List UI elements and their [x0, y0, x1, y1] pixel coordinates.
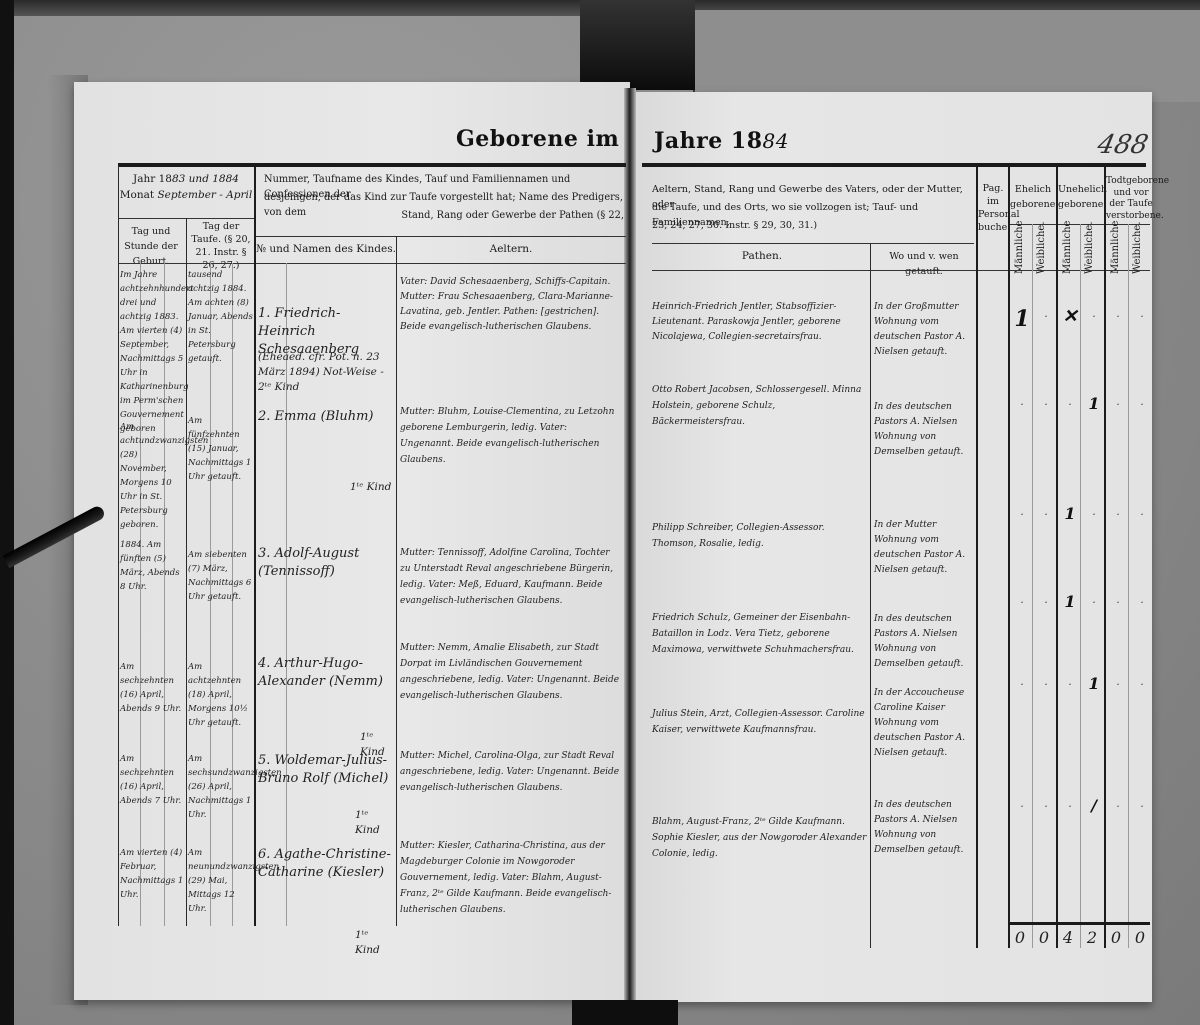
month-value: September - April — [157, 189, 252, 201]
entry-4-legit-female: · — [1036, 596, 1056, 609]
legit-female-header: Weibliche. — [1036, 228, 1047, 274]
entry-2-child-note: 1ᵗᵉ Kind — [350, 480, 396, 495]
title-year-printed: Jahre 18 — [654, 128, 763, 154]
entry-5-sponsors: Julius Stein, Arzt, Collegien-Assessor. … — [652, 706, 868, 738]
col-line — [186, 218, 187, 926]
book-gutter — [624, 88, 636, 1008]
entry-4-parents: Mutter: Nemm, Amalie Elisabeth, zur Stad… — [400, 640, 622, 704]
totals-rule — [1008, 922, 1150, 925]
col-parents-header: Aeltern. — [396, 242, 626, 257]
col-main-header-r3: 23, 24, 27, 30. Instr. § 29, 30, 31.) — [652, 218, 974, 233]
entry-1-birth: Im Jahre achtzehnhundert drei und achtzi… — [120, 268, 186, 436]
entry-3-legit-male: · — [1012, 508, 1032, 521]
stillborn-female-header: Weibliche. — [1132, 228, 1143, 274]
entry-5-illegit-male: · — [1060, 678, 1080, 691]
entry-3-parents: Mutter: Tennissoff, Adolfine Carolina, T… — [400, 545, 622, 609]
total-stillborn-female: 0 — [1130, 928, 1150, 947]
entry-1-baptism: tausend achtzig 1884. Am achten (8) Janu… — [188, 268, 254, 366]
entry-1-stillborn-female: · — [1132, 310, 1152, 323]
entry-4-sponsors: Friedrich Schulz, Gemeiner der Eisenbahn… — [652, 610, 868, 658]
page-title-right: Jahre 1884 — [654, 128, 789, 154]
entry-2-birth: Am achtundzwanzigsten (28) November, Mor… — [120, 420, 186, 532]
entry-5-legit-male: · — [1012, 678, 1032, 691]
backing-board — [693, 10, 1200, 102]
entry-5-legit-female: · — [1036, 678, 1056, 691]
col-line — [254, 166, 256, 926]
entry-3-where: In der Mutter Wohnung vom deutschen Past… — [874, 518, 974, 578]
col-where-header: Wo und v. wen getauft. — [872, 249, 976, 279]
header-rule-left — [118, 163, 626, 167]
entry-6-child: 6. Agathe-Christine-Catharine (Kiesler) — [258, 846, 396, 882]
entry-4-baptism: Am achtzehnten (18) April, Morgens 10½ U… — [188, 660, 254, 730]
entry-6-illegit-male: · — [1060, 800, 1080, 813]
entry-2-where: In des deutschen Pastors A. Nielsen Wohn… — [874, 400, 974, 460]
page-title-left: Geborene im — [456, 126, 619, 152]
col-line — [1008, 166, 1010, 948]
entry-1-sponsors: Heinrich-Friedrich Jentler, Stabsoffizie… — [652, 300, 868, 345]
col-personal-book-header: Pag. im Personal buche. — [978, 182, 1008, 234]
header-year: Jahr 1883 und 1884 — [118, 172, 254, 187]
entry-1-illegit-female: · — [1084, 310, 1104, 323]
entry-3-baptism: Am siebenten (7) März, Nachmittags 6 Uhr… — [188, 548, 254, 604]
scanner-edge — [0, 0, 14, 1025]
col-sponsors-header: Pathen. — [652, 249, 872, 264]
shadow-gap — [580, 0, 695, 90]
entry-2-illegit-female: 1 — [1084, 394, 1104, 413]
year-label: Jahr 18 — [133, 173, 172, 185]
entry-5-baptism: Am sechsundzwanzigsten (26) April, Nachm… — [188, 752, 254, 822]
entry-3-illegit-male: 1 — [1060, 504, 1080, 523]
legit-male-header: Männliche — [1014, 228, 1025, 274]
col-line — [976, 166, 978, 948]
entry-1-child-note: (Eheaed. cfr. Pot. n. 23 März 1894) Not-… — [258, 350, 396, 395]
entry-2-child: 2. Emma (Bluhm) — [258, 408, 396, 426]
header-bottom-rule — [118, 263, 626, 264]
entry-2-illegit-male: · — [1060, 398, 1080, 411]
month-label: Monat — [120, 189, 154, 201]
entry-6-where: In des deutschen Pastors A. Nielsen Wohn… — [874, 798, 974, 858]
entry-4-illegit-female: · — [1084, 596, 1104, 609]
title-year-handwritten: 84 — [763, 129, 789, 153]
entry-3-child: 3. Adolf-August (Tennissoff) — [258, 545, 396, 581]
col-illegit-header: Unehelich geborene. — [1058, 182, 1104, 212]
entry-2-legit-female: · — [1036, 398, 1056, 411]
entry-3-legit-female: · — [1036, 508, 1056, 521]
entry-6-stillborn-male: · — [1108, 800, 1128, 813]
year-value: 83 und 1884 — [172, 173, 239, 185]
col-child-header: № und Namen des Kindes. — [256, 242, 396, 257]
header-month: Monat September - April — [118, 188, 254, 203]
entry-3-sponsors: Philipp Schreiber, Collegien-Assessor. T… — [652, 520, 868, 552]
entry-5-birth: Am sechzehnten (16) April, Abends 7 Uhr. — [120, 752, 186, 808]
total-illegit-male: 4 — [1058, 928, 1078, 947]
entry-2-sponsors: Otto Robert Jacobsen, Schlossergesell. M… — [652, 382, 868, 430]
stillborn-male-header: Männliche — [1110, 228, 1121, 274]
entry-3-illegit-female: · — [1084, 508, 1104, 521]
entry-2-parents: Mutter: Bluhm, Louise-Clementina, zu Let… — [400, 404, 622, 468]
entry-1-parents: Vater: David Schesaaenberg, Schiffs-Capi… — [400, 275, 622, 335]
entry-4-stillborn-male: · — [1108, 596, 1128, 609]
entry-4-where: In des deutschen Pastors A. Nielsen Wohn… — [874, 612, 974, 672]
entry-1-illegit-male: ✕ — [1060, 306, 1080, 327]
spine-clip — [572, 1000, 678, 1025]
ruling — [1128, 224, 1129, 948]
entry-6-illegit-female: / — [1084, 796, 1104, 815]
entry-6-baptism: Am neunundzwanzigsten (29) Mai, Mittags … — [188, 846, 254, 916]
ruling — [1080, 224, 1081, 948]
entry-5-stillborn-female: · — [1132, 678, 1152, 691]
entry-6-birth: Am vierten (4) Februar, Nachmittags 1 Uh… — [120, 846, 186, 902]
entry-4-child: 4. Arthur-Hugo-Alexander (Nemm) — [258, 655, 396, 691]
divider — [256, 236, 626, 237]
total-legit-female: 0 — [1034, 928, 1054, 947]
divider — [652, 243, 974, 244]
entry-4-illegit-male: 1 — [1060, 592, 1080, 611]
entry-1-where: In der Großmutter Wohnung vom deutschen … — [874, 300, 974, 360]
entry-2-baptism: Am fünfzehnten (15) Januar, Nachmittags … — [188, 414, 254, 484]
header-bottom-rule — [652, 270, 1150, 271]
ruling — [1032, 224, 1033, 948]
total-legit-male: 0 — [1010, 928, 1030, 947]
entry-2-stillborn-female: · — [1132, 398, 1152, 411]
entry-6-parents: Mutter: Kiesler, Catharina-Christina, au… — [400, 838, 622, 918]
entry-5-illegit-female: 1 — [1084, 674, 1104, 693]
col-legit-header: Ehelich geborene. — [1010, 182, 1056, 212]
col-line — [870, 243, 871, 948]
entry-4-legit-male: · — [1012, 596, 1032, 609]
entry-5-where: In der Accoucheuse Caroline Kaiser Wohnu… — [874, 686, 974, 761]
entry-1-legit-male: 1 — [1012, 306, 1032, 332]
entry-1-stillborn-male: · — [1108, 310, 1128, 323]
entry-6-sponsors: Blahm, August-Franz, 2ᵗᵉ Gilde Kaufmann.… — [652, 814, 868, 862]
entry-4-stillborn-female: · — [1132, 596, 1152, 609]
entry-3-stillborn-female: · — [1132, 508, 1152, 521]
entry-1-legit-female: · — [1036, 310, 1056, 323]
illegit-male-header: Männliche — [1062, 228, 1073, 274]
page-number: 488 — [1095, 130, 1151, 160]
entry-6-stillborn-female: · — [1132, 800, 1152, 813]
entry-6-child-note: 1ᵗᵉ Kind — [355, 928, 395, 958]
entry-5-child-note: 1ᵗᵉ Kind — [355, 808, 395, 838]
entry-6-legit-male: · — [1012, 800, 1032, 813]
entry-5-parents: Mutter: Michel, Carolina-Olga, zur Stadt… — [400, 748, 622, 796]
entry-5-child: 5. Woldemar-Julius-Bruno Rolf (Michel) — [258, 752, 396, 788]
col-line — [1056, 166, 1058, 948]
entry-2-stillborn-male: · — [1108, 398, 1128, 411]
col-stillborn-header: Todtgeborene und vor der Taufe verstorbe… — [1106, 176, 1156, 222]
header-rule-right — [642, 163, 1146, 167]
col-line — [1104, 166, 1106, 948]
illegit-female-header: Weibliche. — [1084, 228, 1095, 274]
col-line — [396, 236, 397, 926]
entry-6-legit-female: · — [1036, 800, 1056, 813]
entry-3-stillborn-male: · — [1108, 508, 1128, 521]
entry-5-stillborn-male: · — [1108, 678, 1128, 691]
col-main-header-l3: Stand, Rang oder Gewerbe der Pathen (§ 2… — [264, 208, 624, 223]
col-line — [118, 166, 119, 926]
entry-4-birth: Am sechzehnten (16) April, Abends 9 Uhr. — [120, 660, 186, 716]
entry-2-legit-male: · — [1012, 398, 1032, 411]
total-illegit-female: 2 — [1082, 928, 1102, 947]
entry-3-birth: 1884. Am fünften (5) März, Abends 8 Uhr. — [120, 538, 186, 594]
total-stillborn-male: 0 — [1106, 928, 1126, 947]
col-baptism-header: Tag der Taufe. (§ 20, 21. Instr. § 26, 2… — [188, 220, 254, 272]
